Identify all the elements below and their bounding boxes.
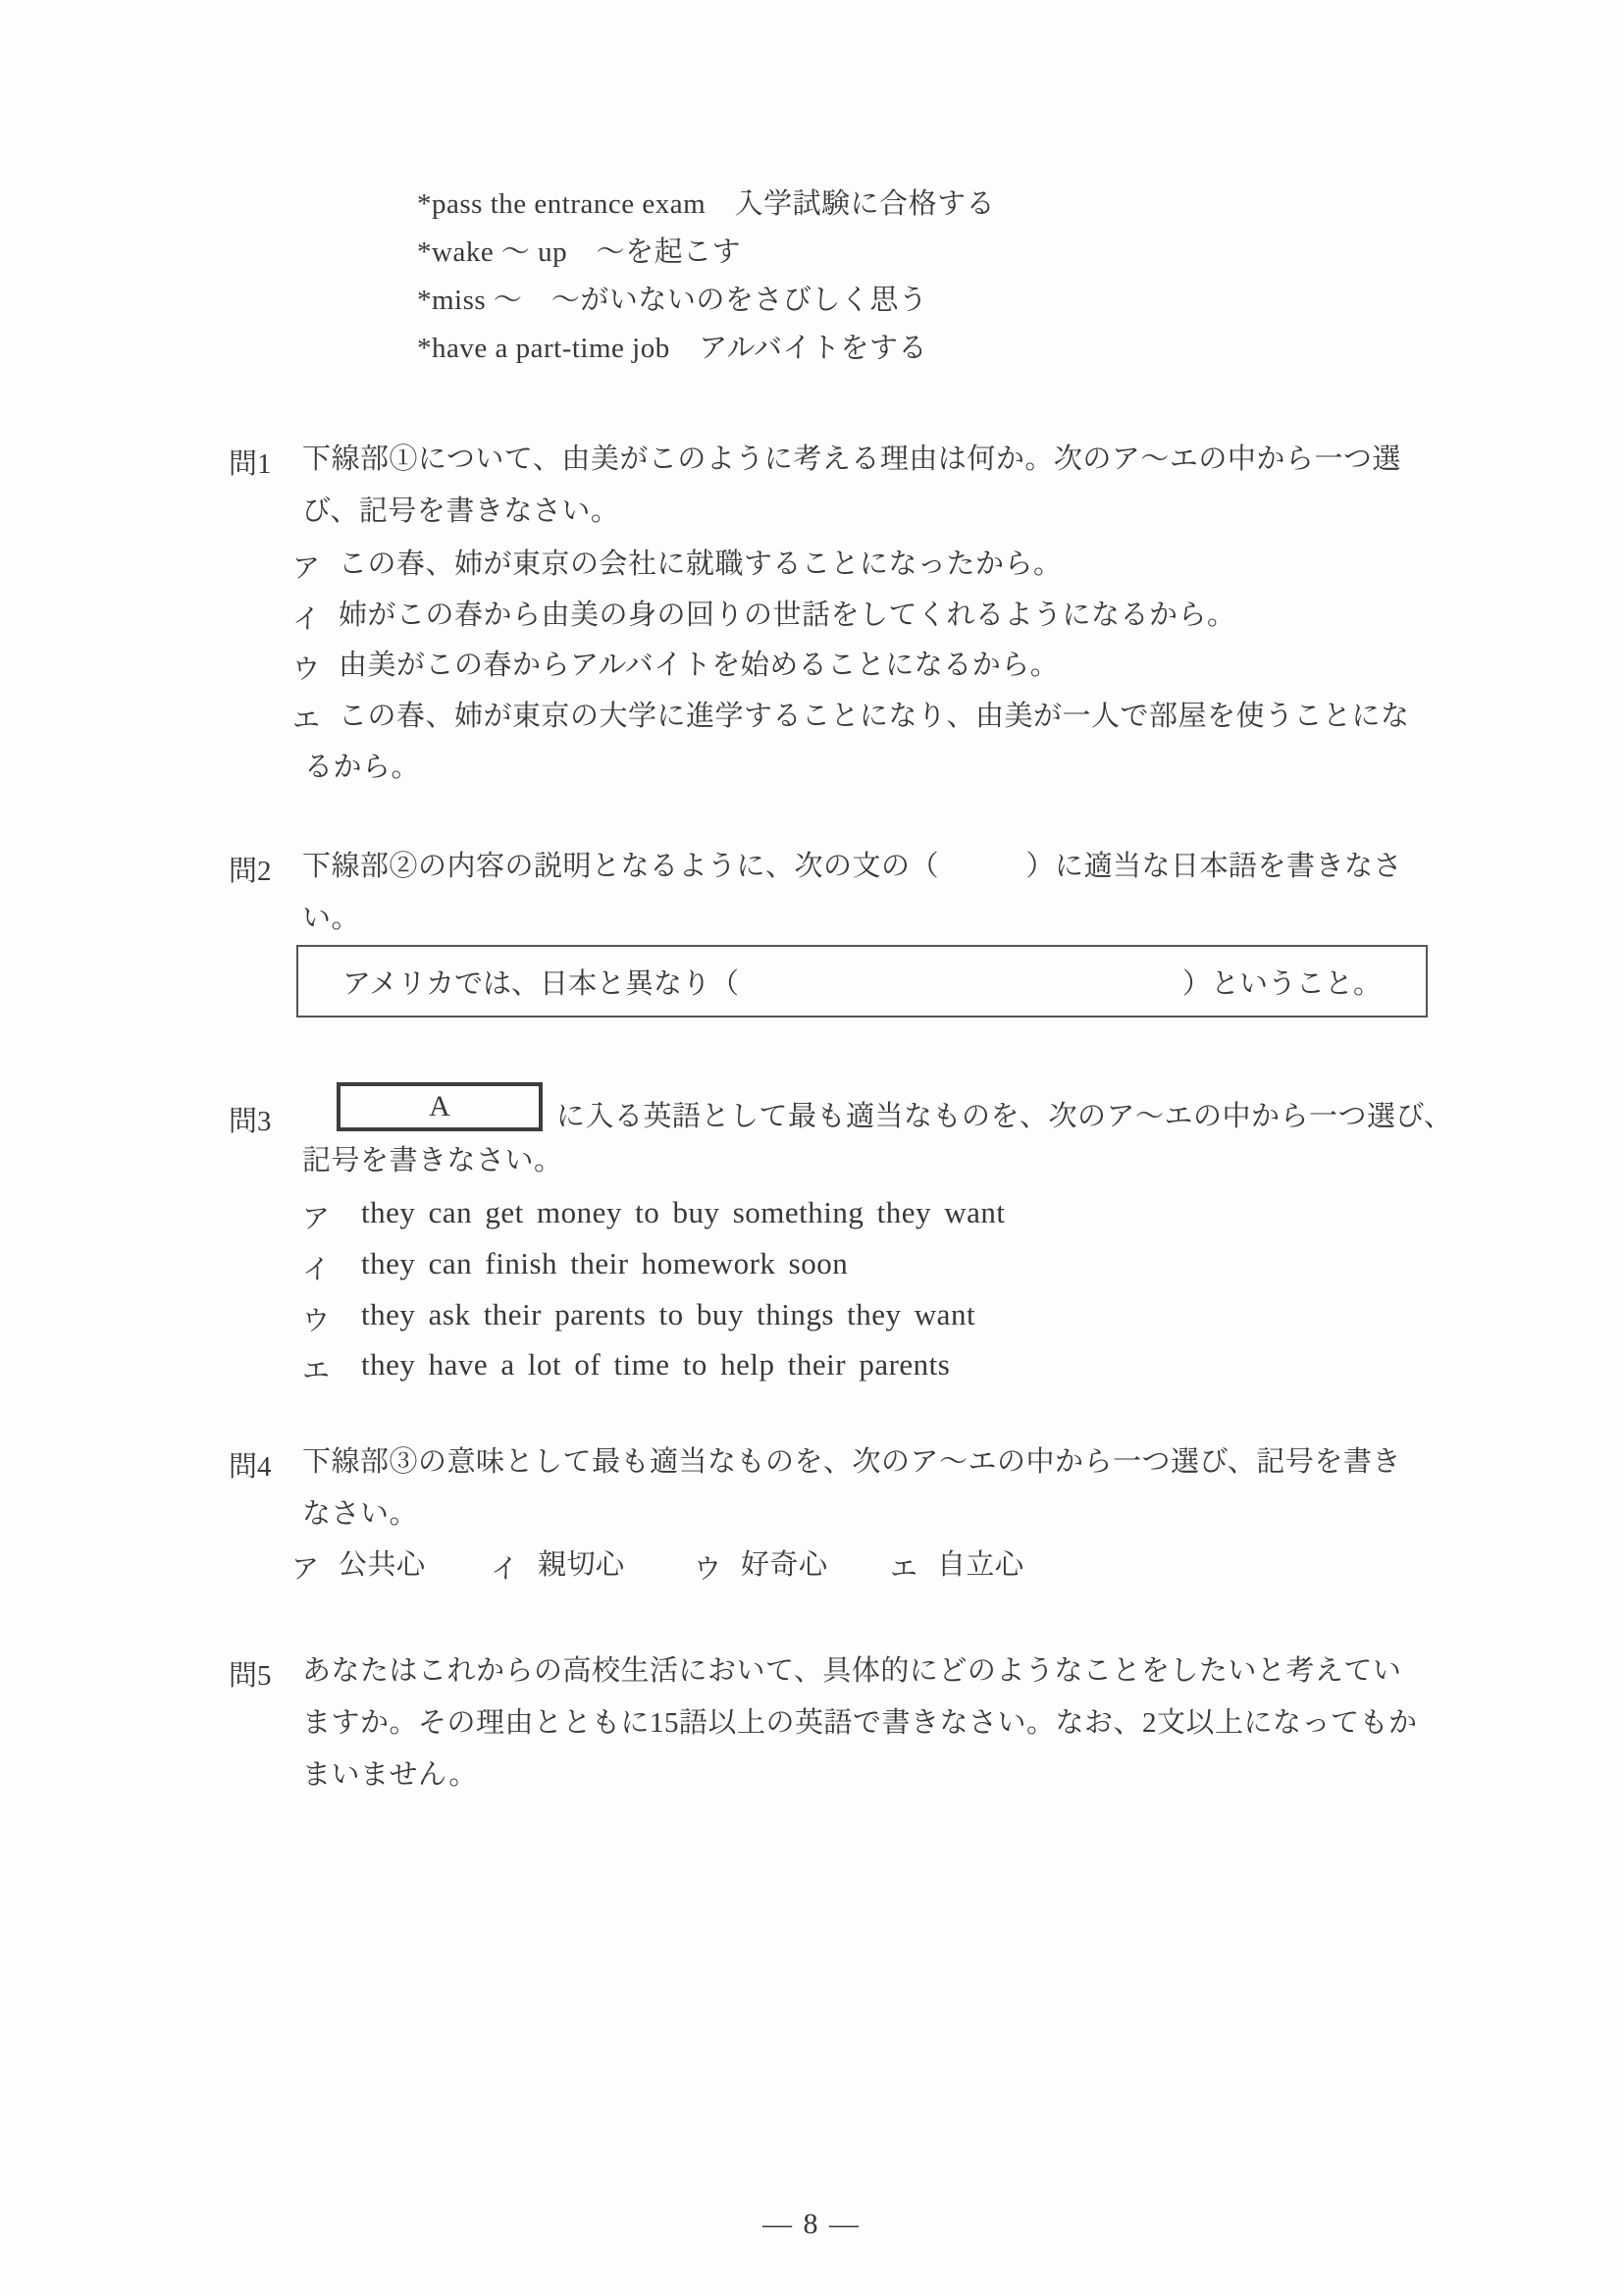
vocab-note: *pass the entrance exam 入学試験に合格する [417, 186, 995, 222]
option-marker: イ [302, 1248, 330, 1287]
option-marker: イ [292, 598, 320, 637]
option-text: they can get money to buy something they… [361, 1194, 1006, 1232]
exam-page: *pass the entrance exam 入学試験に合格する *wake … [0, 0, 1623, 2296]
page-number: — 8 — [0, 2208, 1623, 2241]
answer-frame-text-right: ）ということ。 [1182, 962, 1382, 1002]
option-marker: ウ [302, 1299, 330, 1338]
answer-frame: アメリカでは、日本と異なり（ ）ということ。 [296, 945, 1428, 1018]
question-2-label: 問2 [229, 849, 272, 889]
option-marker: ア [292, 547, 320, 586]
question-4-text: 下線部③の意味として最も適当なものを、次のア～エの中から一つ選び、記号を書き [302, 1444, 1401, 1480]
option-marker: エ [292, 699, 320, 738]
question-5-text: あなたはこれからの高校生活において、具体的にどのようなことをしたいと考えてい [302, 1653, 1401, 1689]
answer-frame-text-left: アメリカでは、日本と異なり（ [342, 962, 739, 1002]
option-marker: ア [291, 1547, 319, 1587]
question-4-label: 問4 [229, 1444, 272, 1485]
option-text: they ask their parents to buy things the… [361, 1296, 975, 1334]
option-text: この春、姉が東京の大学に進学することになり、由美が一人で部屋を使うことにな [339, 699, 1410, 734]
option-text: この春、姉が東京の会社に就職することになったから。 [339, 547, 1063, 582]
option-text: they can finish their homework soon [361, 1245, 848, 1283]
question-2-text: 下線部②の内容の説明となるように、次の文の（ ）に適当な日本語を書きなさ [302, 849, 1402, 884]
option-text: 自立心 [937, 1547, 1024, 1583]
question-3-label: 問3 [229, 1099, 272, 1139]
question-5-text: まいません。 [302, 1757, 478, 1793]
question-1-label: 問1 [229, 442, 272, 482]
option-text: 由美がこの春からアルバイトを始めることになるから。 [339, 648, 1059, 683]
option-marker: ウ [292, 648, 320, 687]
option-marker: イ [491, 1547, 518, 1587]
question-5-text: ますか。その理由とともに15語以上の英語で書きなさい。なお、2文以上になってもか [302, 1705, 1418, 1741]
vocab-note: *miss ～ ～がいないのをさびしく思う [417, 283, 927, 318]
option-text: 好奇心 [741, 1547, 828, 1583]
option-marker: エ [890, 1547, 917, 1587]
option-text: 姉がこの春から由美の身の回りの世話をしてくれるようになるから。 [339, 598, 1236, 633]
vocab-note: *have a part-time job アルバイトをする [417, 331, 927, 366]
question-2-text: い。 [302, 901, 360, 936]
question-1-text: び、記号を書きなさい。 [302, 494, 619, 529]
option-text: るから。 [304, 750, 420, 785]
option-text: they have a lot of time to help their pa… [361, 1346, 950, 1384]
question-1-text: 下線部①について、由美がこのように考える理由は何か。次のア～エの中から一つ選 [302, 442, 1401, 477]
vocab-note: *wake ～ up ～を起こす [417, 235, 741, 270]
question-3-text: に入る英語として最も適当なものを、次のア～エの中から一つ選び、 [556, 1099, 1452, 1134]
question-5-label: 問5 [229, 1653, 272, 1694]
option-marker: ア [302, 1197, 330, 1236]
option-text: 親切心 [538, 1547, 625, 1583]
question-3-text: 記号を書きなさい。 [302, 1143, 563, 1178]
blank-box-letter: A [429, 1090, 450, 1123]
question-4-text: なさい。 [302, 1496, 418, 1532]
option-marker: ウ [694, 1547, 721, 1587]
option-marker: エ [302, 1349, 330, 1388]
option-text: 公共心 [339, 1547, 426, 1583]
blank-box-A: A [337, 1082, 543, 1131]
